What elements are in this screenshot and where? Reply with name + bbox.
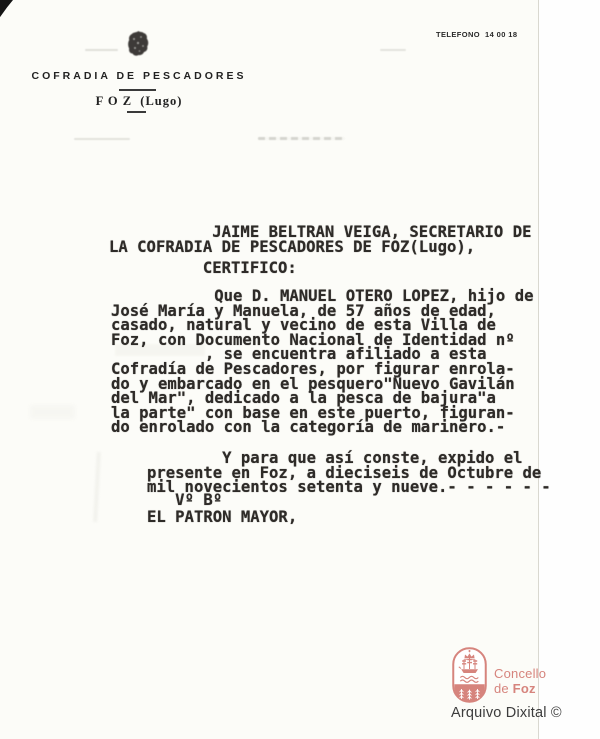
vobo-label: Vº Bº	[147, 493, 222, 508]
scan-streak	[380, 49, 406, 51]
coat-of-arms-icon	[127, 31, 150, 62]
letterhead-location: F O Z (Lugo)	[0, 94, 278, 109]
scan-smudge	[30, 405, 75, 419]
certificate-heading: JAIME BELTRAN VEIGA, SECRETARIO DE LA CO…	[109, 225, 531, 254]
letterhead-rule	[119, 89, 156, 91]
letterhead-org-name: COFRADIA DE PESCADORES	[0, 70, 278, 82]
watermark-org-line2-bold: Foz	[513, 681, 536, 696]
scanned-certificate-page: { "page": { "width": 600, "height": 739,…	[0, 0, 600, 739]
letterhead-phone: TELEFONO 14 00 18	[436, 30, 517, 39]
scan-streak	[258, 137, 345, 140]
watermark-org-text: Concello de Foz	[494, 667, 546, 696]
letterhead-rule-small	[127, 111, 146, 113]
certificate-body-paragraph: Que D. MANUEL OTERO LOPEZ, hijo de José …	[111, 289, 533, 435]
scan-background	[539, 0, 600, 739]
signature-title: EL PATRON MAYOR,	[147, 510, 297, 525]
closing-paragraph: Y para que así conste, expido el present…	[147, 451, 551, 495]
paper-edge-line	[538, 0, 539, 739]
certify-label: CERTIFICO:	[109, 261, 297, 276]
scan-streak	[74, 138, 130, 140]
scan-streak	[85, 49, 118, 51]
watermark-org-line1: Concello	[494, 666, 546, 681]
concello-de-foz-crest-icon	[452, 647, 487, 708]
watermark-org-line2-prefix: de	[494, 681, 513, 696]
archive-caption: Arquivo Dixital ©	[451, 705, 562, 721]
